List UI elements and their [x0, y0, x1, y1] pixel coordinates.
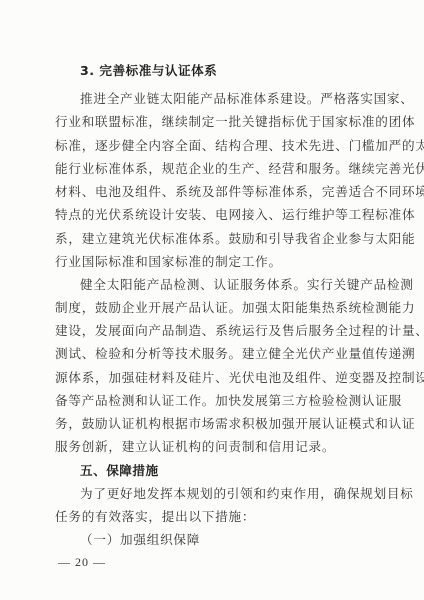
paragraph-line: 源体系，加强硅材料及硅片、光伏电池及组件、逆变器及控制设 — [55, 370, 371, 386]
paragraph-line: 测试、检验和分析等技术服务。建立健全光伏产业量值传递溯 — [55, 346, 371, 362]
paragraph-line: 标准，逐步健全内容全面、结构合理、技术先进、门槛加严的太阳 — [55, 138, 371, 154]
paragraph-line: 务，鼓励认证机构根据市场需求积极加强开展认证模式和认证 — [55, 416, 371, 432]
paragraph-line: 能行业标准体系，规范企业的生产、经营和服务。继续完善光伏 — [55, 161, 371, 177]
paragraph-line: 建设，发展面向产品制造、系统运行及售后服务全过程的计量、 — [55, 323, 371, 339]
page-number: — 20 — — [58, 555, 106, 570]
section-5-heading: 五、保障措施 — [80, 463, 371, 479]
paragraph-line: 备等产品检测和认证工作。加快发展第三方检验检测认证服 — [55, 393, 371, 409]
paragraph-line: 材料、电池及组件、系统及部件等标准体系，完善适合不同环境 — [55, 184, 371, 200]
document-page: 3. 完善标准与认证体系 推进全产业链太阳能产品标准体系建设。严格落实国家、 行… — [0, 0, 424, 600]
paragraph-line: 行业和联盟标准，继续制定一批关键指标优于国家标准的团体 — [55, 114, 371, 130]
section-3-heading: 3. 完善标准与认证体系 — [80, 63, 371, 79]
paragraph-line: 任务的有效落实，提出以下措施： — [55, 509, 371, 525]
paragraph-line: 制度，鼓励企业开展产品认证。加强太阳能集热系统检测能力 — [55, 300, 371, 316]
paragraph-line: 行业国际标准和国家标准的制定工作。 — [55, 254, 371, 270]
subsection-heading: （一）加强组织保障 — [80, 532, 371, 548]
paragraph-line: 系，建立建筑光伏标准体系。鼓励和引导我省企业参与太阳能 — [55, 231, 371, 247]
paragraph-line: 特点的光伏系统设计安装、电网接入、运行维护等工程标准体 — [55, 207, 371, 223]
paragraph-line: 推进全产业链太阳能产品标准体系建设。严格落实国家、 — [80, 91, 371, 107]
paragraph-line: 健全太阳能产品检测、认证服务体系。实行关键产品检测 — [80, 277, 371, 293]
paragraph-line: 服务创新，建立认证机构的问责制和信用记录。 — [55, 439, 371, 455]
paragraph-line: 为了更好地发挥本规划的引领和约束作用，确保规划目标 — [80, 486, 371, 502]
